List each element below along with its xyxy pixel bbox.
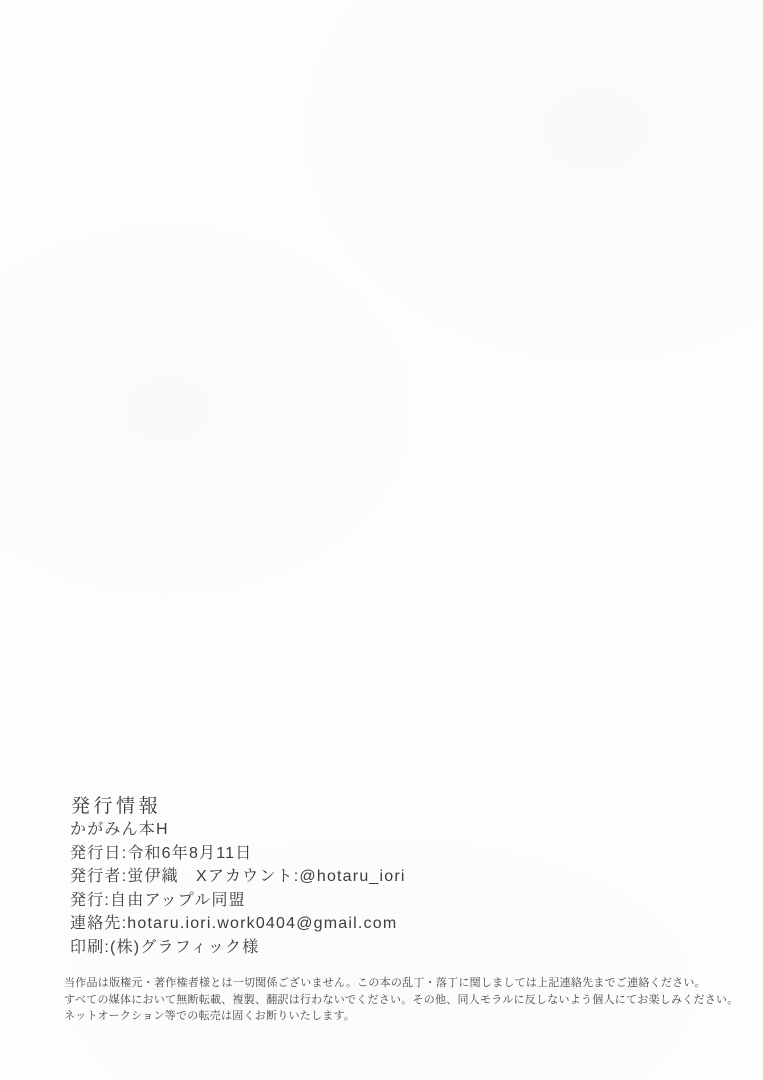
colophon-printer: 印刷:(株)グラフィック様 [70,936,406,960]
colophon-publish-date: 発行日:令和6年8月11日 [70,842,406,866]
colophon-book-title: かがみん本H [70,818,406,842]
colophon-fine-print: 当作品は版権元・著作権者様とは一切関係ございません。この本の乱丁・落丁に関しまし… [64,975,738,1025]
colophon-publisher-author: 発行者:蛍伊織 Xアカウント:@hotaru_iori [70,865,406,889]
scanned-page: 発行情報 かがみん本H 発行日:令和6年8月11日 発行者:蛍伊織 Xアカウント… [0,0,763,1080]
colophon-contact-email: 連絡先:hotaru.iori.work0404@gmail.com [70,912,406,936]
colophon-block: 発行情報 かがみん本H 発行日:令和6年8月11日 発行者:蛍伊織 Xアカウント… [0,0,763,1080]
fine-print-no-resale: ネットオークション等での転売は固くお断りいたします。 [64,1008,738,1025]
colophon-info: かがみん本H 発行日:令和6年8月11日 発行者:蛍伊織 Xアカウント:@hot… [70,818,406,959]
colophon-heading: 発行情報 [71,791,161,818]
colophon-circle: 発行:自由アップル同盟 [70,889,406,913]
fine-print-disclaimer: 当作品は版権元・著作権者様とは一切関係ございません。この本の乱丁・落丁に関しまし… [64,975,738,992]
fine-print-no-reproduction: すべての媒体において無断転載、複製、翻訳は行わないでください。その他、同人モラル… [64,992,738,1009]
